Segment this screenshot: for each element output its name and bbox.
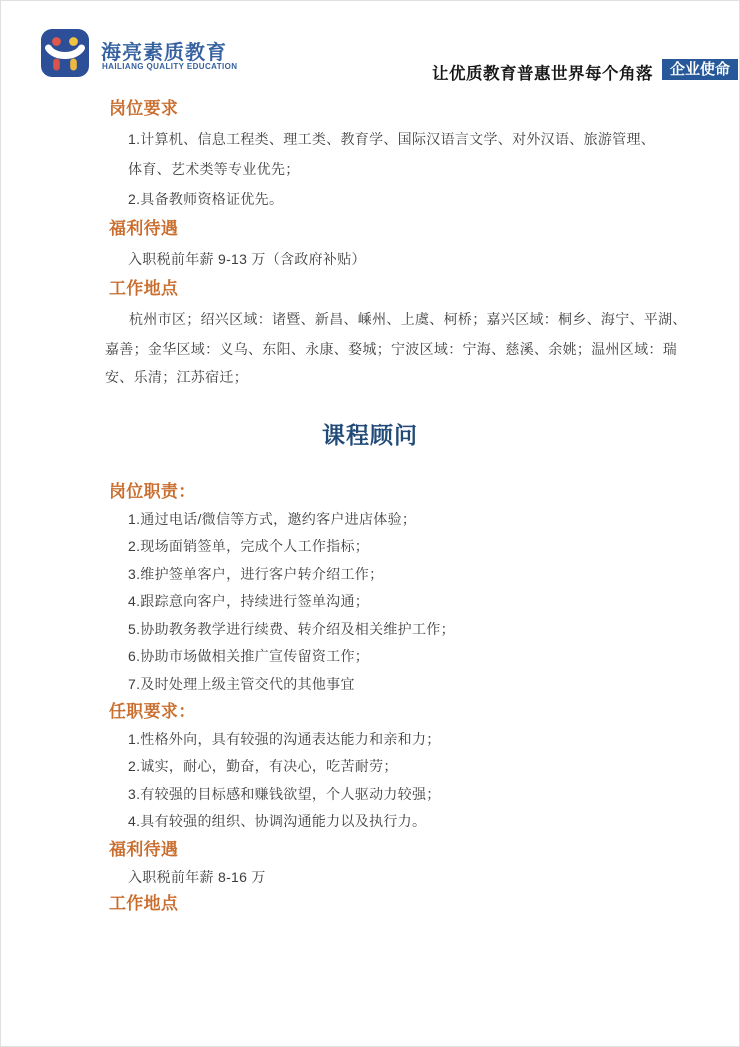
requirement-line: 体育、艺术类等专业优先； [128, 162, 300, 177]
duty-item: 5.协助教务教学进行续费、转介绍及相关维护工作； [128, 622, 455, 637]
qualification-item: 4.具有较强的组织、协调沟通能力以及执行力。 [128, 814, 426, 829]
duty-item: 2.现场面销签单，完成个人工作指标； [128, 539, 369, 554]
qualification-item: 2.诚实，耐心，勤奋，有决心，吃苦耐劳； [128, 759, 398, 774]
document-page: 海亮素质教育 HAILIANG QUALITY EDUCATION 让优质教育普… [0, 0, 740, 1047]
brand-name-cn: 海亮素质教育 [101, 36, 227, 65]
qualification-item: 3.有较强的目标感和赚钱欲望，个人驱动力较强； [128, 787, 441, 802]
mission-badge: 企业使命 [662, 59, 738, 80]
brand-name-en: HAILIANG QUALITY EDUCATION [102, 62, 237, 71]
location-heading-2: 工作地点 [109, 895, 178, 913]
location-line: 杭州市区；绍兴区域：诸暨、新昌、嵊州、上虞、柯桥；嘉兴区域：桐乡、海宁、平湖、 [129, 312, 687, 327]
welfare-line-2: 入职税前年薪 8-16 万 [128, 870, 266, 885]
location-heading: 工作地点 [109, 280, 178, 298]
location-line: 安、乐清；江苏宿迁； [105, 370, 248, 385]
duty-item: 3.维护签单客户，进行客户转介绍工作； [128, 567, 383, 582]
welfare-heading: 福利待遇 [109, 220, 178, 238]
requirement-line: 2.具备教师资格证优先。 [128, 192, 283, 207]
duty-item: 7.及时处理上级主管交代的其他事宜 [128, 677, 355, 692]
duties-heading: 岗位职责： [109, 483, 196, 501]
location-line: 嘉善；金华区域：义乌、东阳、永康、婺城；宁波区域：宁海、慈溪、余姚；温州区域：瑞 [105, 342, 677, 357]
requirements-heading: 岗位要求 [109, 100, 178, 118]
welfare-line: 入职税前年薪 9-13 万（含政府补贴） [128, 252, 366, 267]
qualification-item: 1.性格外向，具有较强的沟通表达能力和亲和力； [128, 732, 441, 747]
duty-item: 1.通过电话/微信等方式，邀约客户进店体验； [128, 512, 416, 527]
duty-item: 4.跟踪意向客户，持续进行签单沟通； [128, 594, 369, 609]
mission-slogan: 让优质教育普惠世界每个角落 [432, 60, 653, 84]
welfare-heading-2: 福利待遇 [109, 841, 178, 859]
qualifications-heading: 任职要求： [109, 703, 196, 721]
duty-item: 6.协助市场做相关推广宣传留资工作； [128, 649, 369, 664]
job-title: 课程顾问 [1, 417, 739, 450]
requirement-line: 1.计算机、信息工程类、理工类、教育学、国际汉语言文学、对外汉语、旅游管理、 [128, 132, 655, 147]
brand-logo-icon [41, 29, 89, 77]
